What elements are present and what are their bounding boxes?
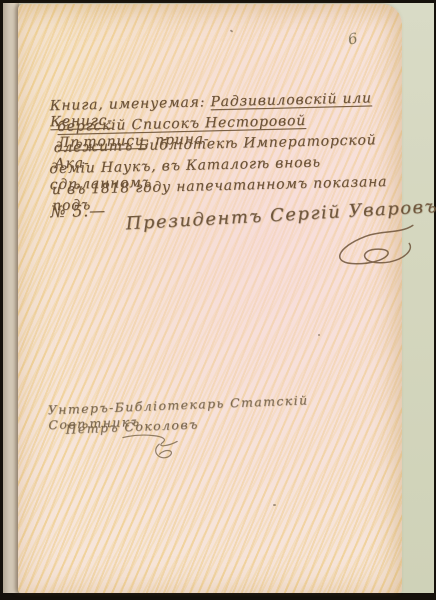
- scanned-photo: 6 Книга, именуемая: Радзивиловскій или К…: [3, 3, 434, 593]
- paper-speck: [273, 504, 276, 506]
- paper-speck: [318, 334, 320, 336]
- librarian-flourish-icon: [119, 429, 200, 472]
- librarian-note: Унтеръ-Библіотекарь Статскій Совѣтникъ П…: [2, 0, 408, 594]
- manuscript-page: 6 Книга, именуемая: Радзивиловскій или К…: [18, 4, 402, 593]
